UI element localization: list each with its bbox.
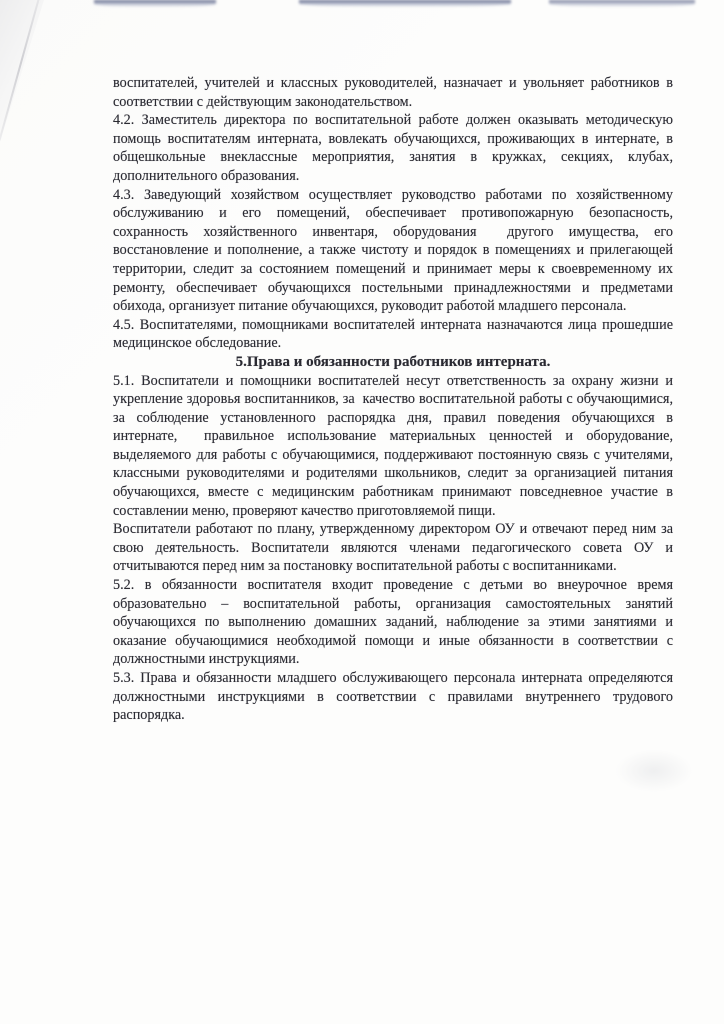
paragraph-5-2: 5.2. в обязанности воспитателя входит пр… bbox=[113, 576, 673, 669]
paragraph-4-5: 4.5. Воспитателями, помощниками воспитат… bbox=[113, 316, 673, 353]
scan-ink-smudge bbox=[94, 0, 216, 7]
paragraph-5-1-note: Воспитатели работают по плану, утвержден… bbox=[113, 520, 673, 576]
paragraph-5-1: 5.1. Воспитатели и помощники воспитателе… bbox=[113, 372, 673, 521]
paragraph-4-1-continuation: воспитателей, учителей и классных руково… bbox=[113, 74, 673, 111]
scan-ink-smudge bbox=[299, 0, 511, 7]
section-5-heading: 5.Права и обязанности работников интерна… bbox=[113, 353, 673, 372]
page-corner-fold bbox=[0, 0, 44, 142]
scan-ink-smudge bbox=[549, 0, 695, 7]
paragraph-5-3: 5.3. Права и обязанности младшего обслуж… bbox=[113, 669, 673, 725]
scan-stain bbox=[616, 750, 692, 792]
paragraph-4-2: 4.2. Заместитель директора по воспитател… bbox=[113, 111, 673, 185]
scanned-document-page: воспитателей, учителей и классных руково… bbox=[0, 0, 724, 1024]
paragraph-4-3: 4.3. Заведующий хозяйством осуществляет … bbox=[113, 186, 673, 316]
document-text-block: воспитателей, учителей и классных руково… bbox=[113, 74, 673, 725]
